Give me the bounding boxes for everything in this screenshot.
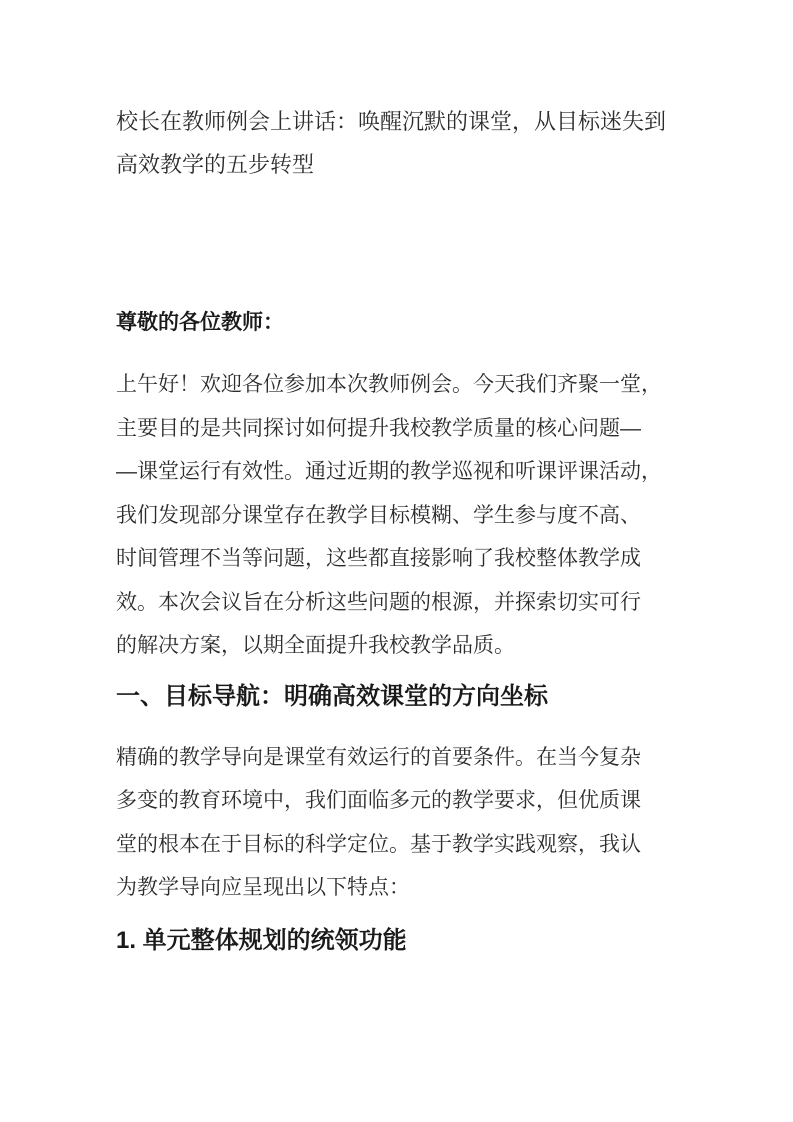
salutation: 尊敬的各位教师： (116, 301, 693, 344)
section-1-paragraph: 精确的教学导向是课堂有效运行的首要条件。在当今复杂多变的教育环境中，我们面临多元… (116, 736, 693, 910)
text-line: 上午好！欢迎各位参加本次教师例会。今天我们齐聚一堂， (116, 363, 693, 407)
document-title: 校长在教师例会上讲话：唤醒沉默的课堂，从目标迷失到高效教学的五步转型 (116, 100, 693, 186)
text-line: 主要目的是共同探讨如何提升我校教学质量的核心问题— (116, 407, 693, 451)
text-line: 多变的教育环境中，我们面临多元的教学要求，但优质课 (116, 779, 693, 823)
subsection-1-heading: 1. 单元整体规划的统领功能 (116, 918, 693, 963)
text-line: 的解决方案，以期全面提升我校教学品质。 (116, 624, 693, 668)
intro-paragraph: 上午好！欢迎各位参加本次教师例会。今天我们齐聚一堂，主要目的是共同探讨如何提升我… (116, 363, 693, 668)
text-line: 为教学导向应呈现出以下特点： (116, 866, 693, 910)
text-line: 高效教学的五步转型 (116, 143, 693, 186)
text-line: 时间管理不当等问题，这些都直接影响了我校整体教学成 (116, 537, 693, 581)
text-line: 校长在教师例会上讲话：唤醒沉默的课堂，从目标迷失到 (116, 100, 693, 143)
text-line: 堂的根本在于目标的科学定位。基于教学实践观察，我认 (116, 823, 693, 867)
text-line: 我们发现部分课堂存在教学目标模糊、学生参与度不高、 (116, 494, 693, 538)
text-line: 精确的教学导向是课堂有效运行的首要条件。在当今复杂 (116, 736, 693, 780)
document-page: 校长在教师例会上讲话：唤醒沉默的课堂，从目标迷失到高效教学的五步转型 尊敬的各位… (0, 0, 793, 1122)
text-line: —课堂运行有效性。通过近期的教学巡视和听课评课活动， (116, 450, 693, 494)
text-line: 效。本次会议旨在分析这些问题的根源，并探索切实可行 (116, 581, 693, 625)
section-1-heading: 一、目标导航：明确高效课堂的方向坐标 (116, 674, 693, 719)
